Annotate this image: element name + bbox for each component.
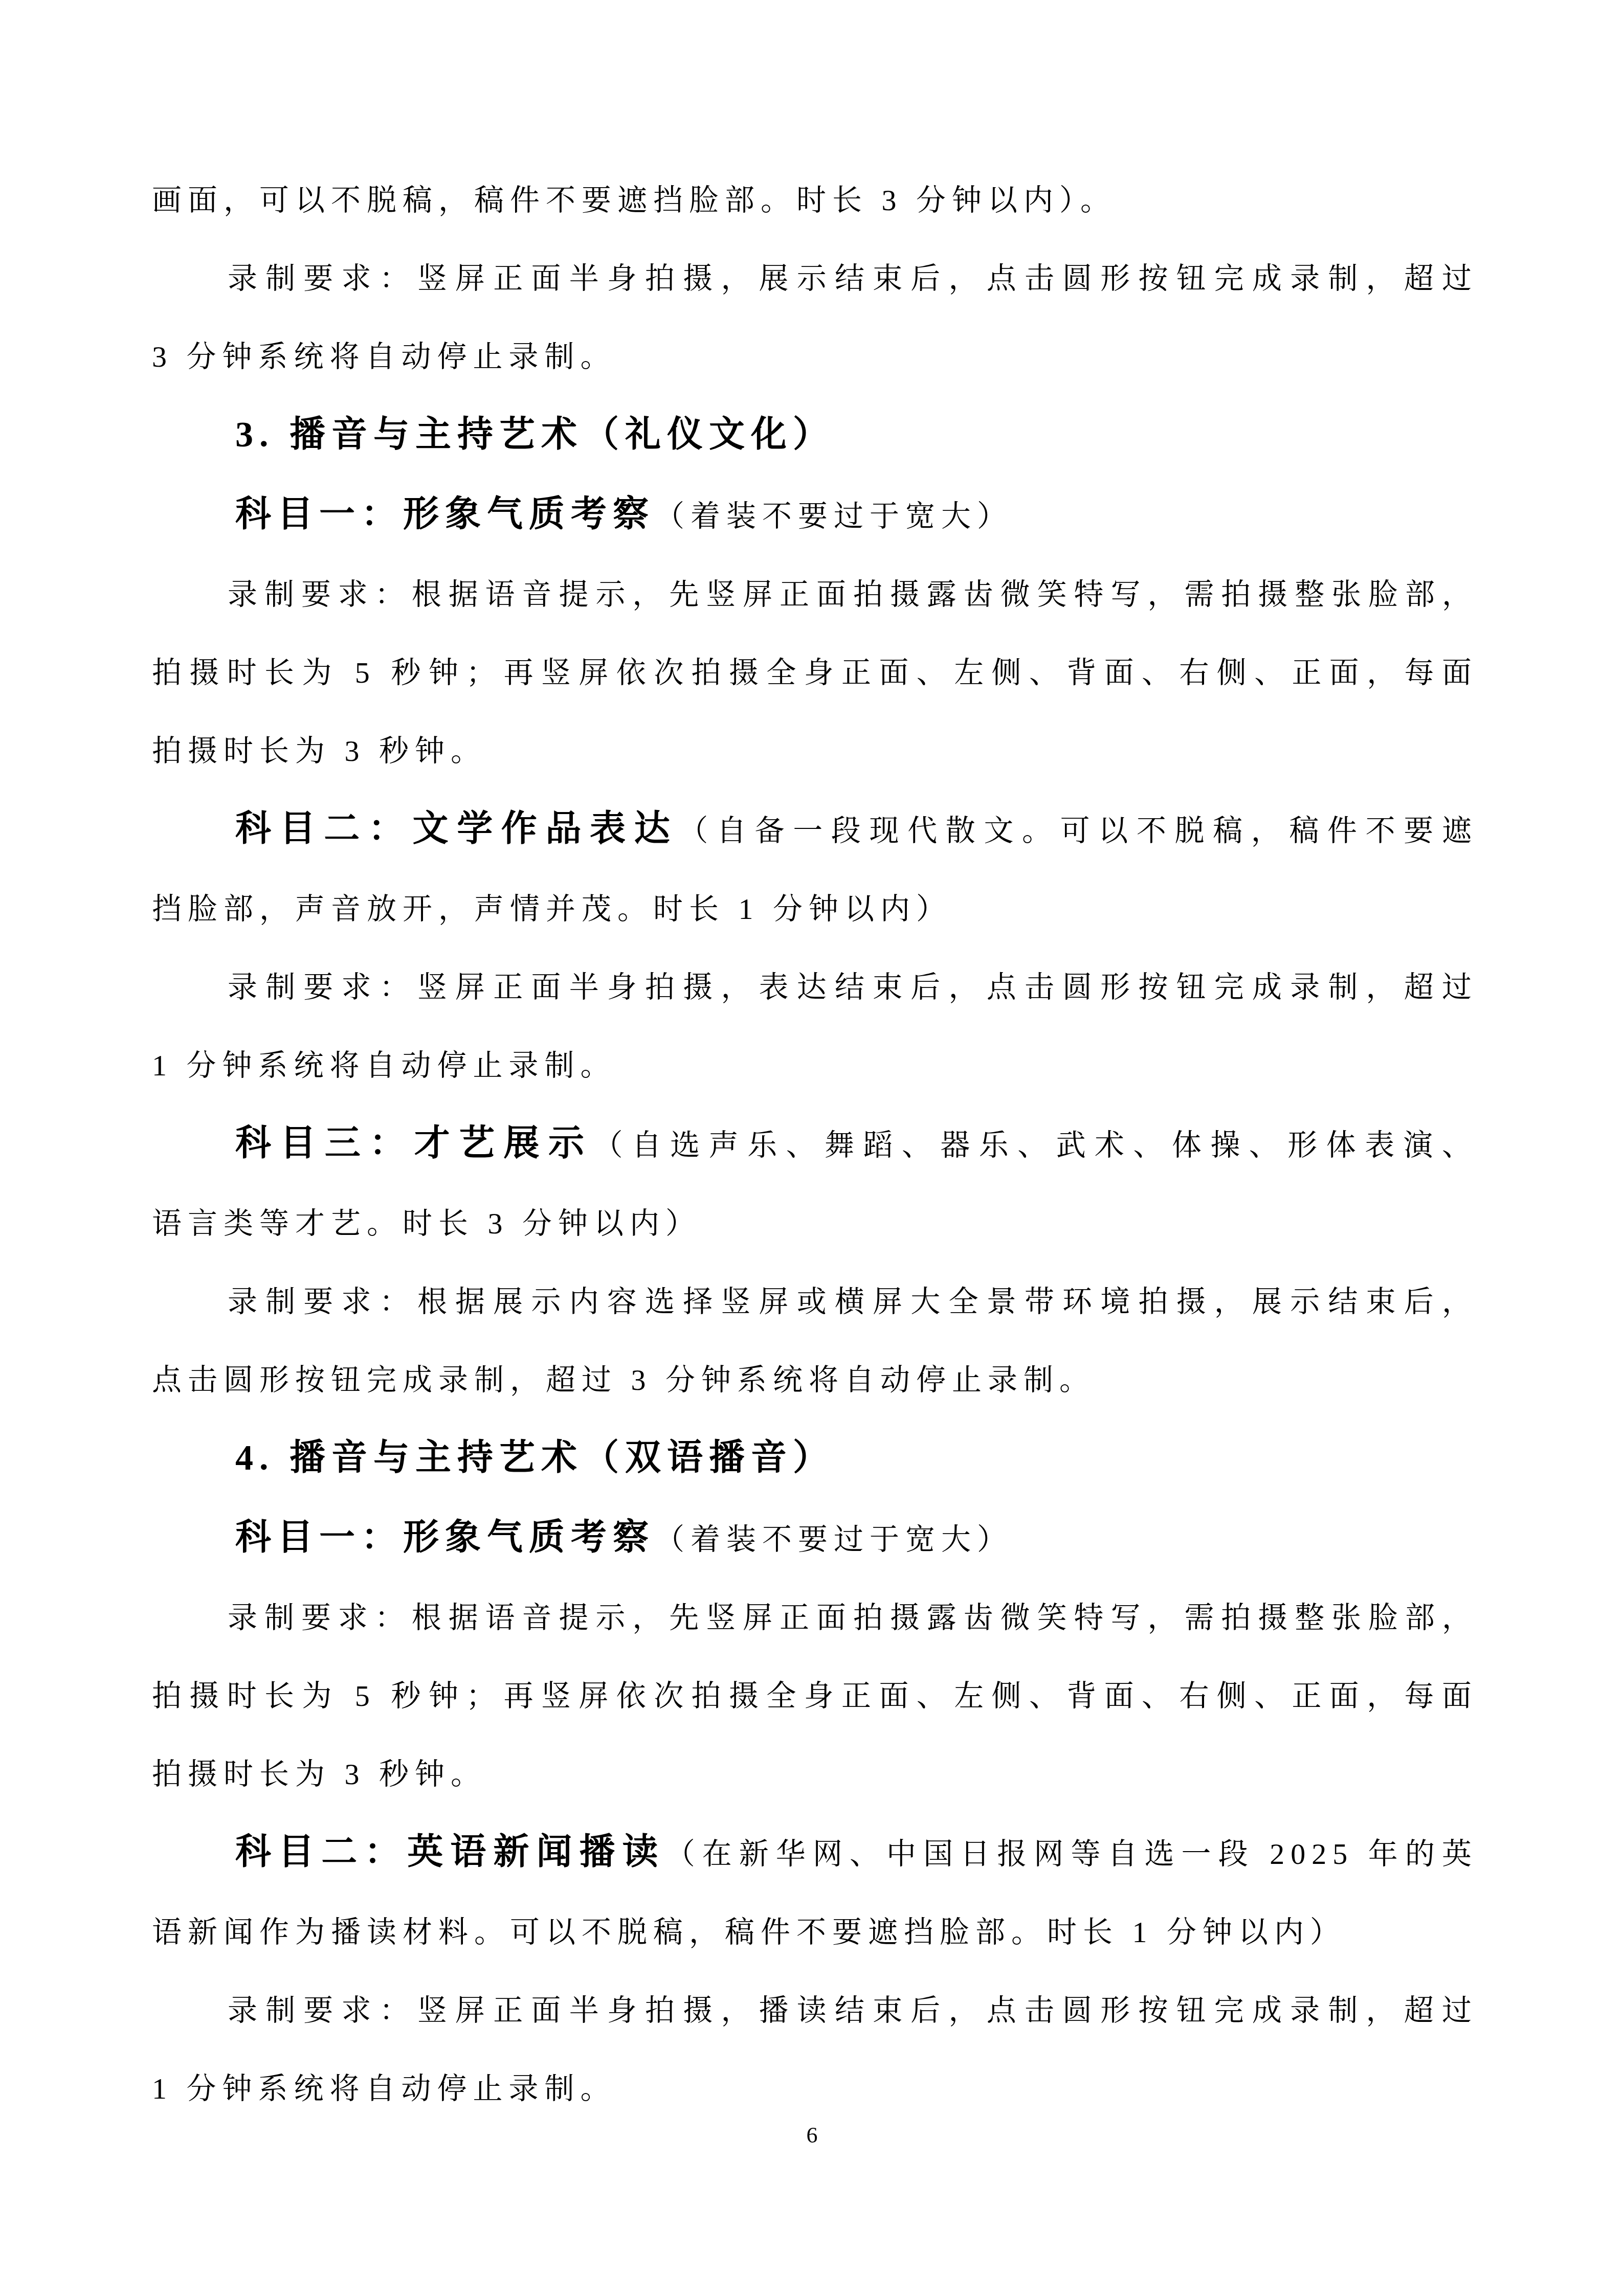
text-segment: 拍摄时长为 5 秒钟；再竖屏依次拍摄全身正面、左侧、背面、右侧、正面，每面 [152, 656, 1478, 689]
text-segment: 拍摄时长为 3 秒钟。 [152, 734, 486, 768]
bold-text-segment: 科目二：文学作品表达 [235, 809, 678, 849]
text-segment: 语言类等才艺。时长 3 分钟以内） [152, 1207, 701, 1240]
paragraph-continuation-line: 拍摄时长为 3 秒钟。 [152, 712, 1478, 790]
paragraph-continuation-line: 画面，可以不脱稿，稿件不要遮挡脸部。时长 3 分钟以内）。 [152, 161, 1478, 239]
paragraph-continuation-line: 拍摄时长为 5 秒钟；再竖屏依次拍摄全身正面、左侧、背面、右侧、正面，每面 [152, 1657, 1478, 1735]
text-segment: 录制要求：竖屏正面半身拍摄，展示结束后，点击圆形按钮完成录制，超过 [228, 262, 1478, 295]
paragraph-continuation-line: 挡脸部，声音放开，声情并茂。时长 1 分钟以内） [152, 870, 1478, 948]
text-segment: 录制要求：根据语音提示，先竖屏正面拍摄露齿微笑特写，需拍摄整张脸部， [228, 1601, 1478, 1634]
text-segment: 录制要求：根据展示内容选择竖屏或横屏大全景带环境拍摄，展示结束后， [228, 1285, 1478, 1318]
bold-text-segment: 科目二：英语新闻播读 [235, 1833, 665, 1872]
subject-heading-line: 科目三：才艺展示（自选声乐、舞蹈、器乐、武术、体操、形体表演、 [152, 1105, 1478, 1184]
paragraph-continuation-line: 3 分钟系统将自动停止录制。 [152, 318, 1478, 396]
subject-heading-line: 科目二：英语新闻播读（在新华网、中国日报网等自选一段 2025 年的英 [152, 1813, 1478, 1893]
text-segment: （自备一段现代散文。可以不脱稿，稿件不要遮 [678, 814, 1478, 847]
bold-text-segment: 科目一：形象气质考察 [235, 1518, 655, 1558]
text-segment: 录制要求：竖屏正面半身拍摄，播读结束后，点击圆形按钮完成录制，超过 [228, 1994, 1478, 2027]
text-segment: 画面，可以不脱稿，稿件不要遮挡脸部。时长 3 分钟以内）。 [152, 184, 1116, 217]
text-segment: 1 分钟系统将自动停止录制。 [152, 2072, 616, 2105]
recording-requirement-line: 录制要求：竖屏正面半身拍摄，播读结束后，点击圆形按钮完成录制，超过 [152, 1971, 1478, 2050]
text-segment: （着装不要过于宽大） [655, 500, 1013, 533]
document-page: 画面，可以不脱稿，稿件不要遮挡脸部。时长 3 分钟以内）。录制要求：竖屏正面半身… [0, 0, 1624, 2296]
paragraph-continuation-line: 语言类等才艺。时长 3 分钟以内） [152, 1184, 1478, 1263]
text-segment: 录制要求：竖屏正面半身拍摄，表达结束后，点击圆形按钮完成录制，超过 [228, 971, 1478, 1004]
subject-heading-line: 科目二：文学作品表达（自备一段现代散文。可以不脱稿，稿件不要遮 [152, 790, 1478, 870]
paragraph-continuation-line: 语新闻作为播读材料。可以不脱稿，稿件不要遮挡脸部。时长 1 分钟以内） [152, 1893, 1478, 1971]
text-segment: 3 分钟系统将自动停止录制。 [152, 340, 616, 373]
page-number: 6 [0, 2122, 1624, 2148]
paragraph-continuation-line: 1 分钟系统将自动停止录制。 [152, 2050, 1478, 2128]
section-heading-3: 3. 播音与主持艺术（礼仪文化） [152, 396, 1478, 476]
text-segment: （自选声乐、舞蹈、器乐、武术、体操、形体表演、 [593, 1129, 1478, 1162]
bold-text-segment: 科目三：才艺展示 [235, 1124, 593, 1163]
text-segment: （着装不要过于宽大） [655, 1523, 1013, 1556]
recording-requirement-line: 录制要求：根据语音提示，先竖屏正面拍摄露齿微笑特写，需拍摄整张脸部， [152, 1579, 1478, 1657]
bold-text-segment: 3. 播音与主持艺术（礼仪文化） [235, 415, 835, 455]
text-segment: 1 分钟系统将自动停止录制。 [152, 1049, 616, 1082]
text-segment: 拍摄时长为 5 秒钟；再竖屏依次拍摄全身正面、左侧、背面、右侧、正面，每面 [152, 1679, 1478, 1713]
recording-requirement-line: 录制要求：竖屏正面半身拍摄，展示结束后，点击圆形按钮完成录制，超过 [152, 239, 1478, 318]
document-lines: 画面，可以不脱稿，稿件不要遮挡脸部。时长 3 分钟以内）。录制要求：竖屏正面半身… [152, 161, 1478, 2128]
recording-requirement-line: 录制要求：根据展示内容选择竖屏或横屏大全景带环境拍摄，展示结束后， [152, 1263, 1478, 1341]
text-segment: 录制要求：根据语音提示，先竖屏正面拍摄露齿微笑特写，需拍摄整张脸部， [228, 578, 1478, 611]
subject-heading-line: 科目一：形象气质考察（着装不要过于宽大） [152, 476, 1478, 555]
paragraph-continuation-line: 拍摄时长为 3 秒钟。 [152, 1735, 1478, 1813]
text-segment: 拍摄时长为 3 秒钟。 [152, 1758, 486, 1791]
section-heading-4: 4. 播音与主持艺术（双语播音） [152, 1419, 1478, 1499]
paragraph-continuation-line: 点击圆形按钮完成录制，超过 3 分钟系统将自动停止录制。 [152, 1341, 1478, 1419]
recording-requirement-line: 录制要求：竖屏正面半身拍摄，表达结束后，点击圆形按钮完成录制，超过 [152, 948, 1478, 1026]
paragraph-continuation-line: 1 分钟系统将自动停止录制。 [152, 1026, 1478, 1105]
bold-text-segment: 4. 播音与主持艺术（双语播音） [235, 1438, 835, 1478]
text-segment: 挡脸部，声音放开，声情并茂。时长 1 分钟以内） [152, 892, 952, 926]
text-segment: 点击圆形按钮完成录制，超过 3 分钟系统将自动停止录制。 [152, 1363, 1095, 1397]
text-segment: （在新华网、中国日报网等自选一段 2025 年的英 [665, 1837, 1478, 1871]
bold-text-segment: 科目一：形象气质考察 [235, 495, 655, 534]
recording-requirement-line: 录制要求：根据语音提示，先竖屏正面拍摄露齿微笑特写，需拍摄整张脸部， [152, 555, 1478, 634]
paragraph-continuation-line: 拍摄时长为 5 秒钟；再竖屏依次拍摄全身正面、左侧、背面、右侧、正面，每面 [152, 634, 1478, 712]
subject-heading-line: 科目一：形象气质考察（着装不要过于宽大） [152, 1499, 1478, 1579]
text-segment: 语新闻作为播读材料。可以不脱稿，稿件不要遮挡脸部。时长 1 分钟以内） [152, 1916, 1346, 1949]
